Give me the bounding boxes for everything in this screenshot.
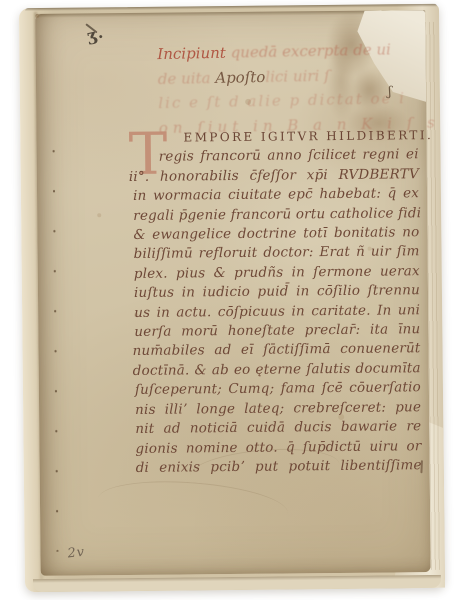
stray-pen-stroke: [420, 460, 423, 473]
rubric-line-2-faded-b: lici uiri ſ: [265, 66, 330, 85]
foxing-spots: [35, 14, 39, 18]
rubric-line-1: Incipiunt quedā excerpta de ui: [157, 37, 419, 67]
text-line: iuſtus in iudicio puid̄ in cōſilio ſtren…: [134, 281, 420, 303]
text-line: gionis nomine otto. q̄ ſup̄dictū uiru or: [135, 437, 421, 459]
text-line: regis francorū anno ſcilicet regni ei: [159, 146, 419, 168]
rubric-line-2-faded-a: de uita: [158, 68, 216, 87]
text-line: EMPORE IGITVR HILDIBERTI.: [183, 126, 418, 148]
text-line: ſuſceperunt; Cumq; fama ſcē cōuerſatio: [135, 378, 421, 400]
rubric-heading: Incipiunt quedā excerpta de ui de uita A…: [157, 37, 421, 140]
rubric-incipit: Incipiunt: [157, 44, 226, 63]
folio-pencil-mark: 2v: [67, 545, 86, 562]
rubric-line-2-dark: Apoſto: [215, 67, 265, 86]
pricking-holes: [53, 150, 59, 552]
manuscript-page: Ʒ· Incipiunt quedā excerpta de ui de uit…: [35, 10, 430, 576]
text-line: nit ad noticiā cuidā ducis bawarie re: [135, 417, 421, 439]
main-text-block: EMPORE IGITVR HILDIBERTI. regis francorū…: [130, 126, 421, 478]
text-line: di enixis pcibʼ put potuit libentiſſime: [136, 456, 422, 478]
rubric-line-1-faded: quedā excerpta de ui: [226, 40, 391, 61]
text-line: num̄abiles ad eī ſāctiſſimā conuenerūt: [132, 340, 420, 362]
stray-pen-mark: ʃ: [387, 84, 392, 99]
text-line: in wormacia ciuitate epc̄ habebat: q̄ ex: [133, 184, 419, 206]
text-line: biliſſimū refloruit doctor: Erat ñ uir ſ…: [134, 243, 420, 265]
